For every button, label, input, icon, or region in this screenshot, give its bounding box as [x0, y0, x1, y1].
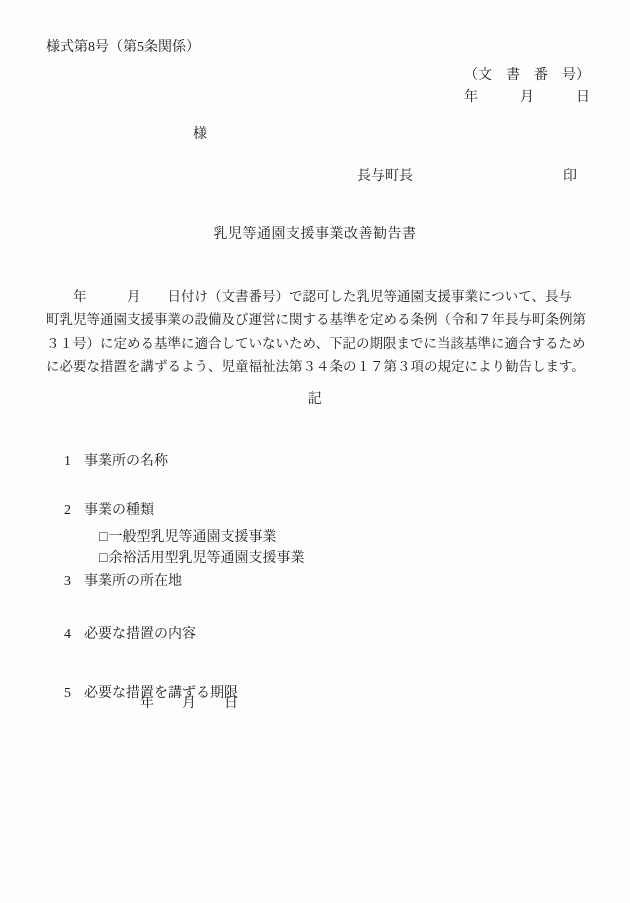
- document-page: 様式第8号（第5条関係） （文 書 番 号） 年 月 日 様 長与町長 印 乳児…: [0, 0, 630, 903]
- list-item-required-measures: 4必要な措置の内容: [50, 605, 196, 665]
- item-number: 2: [64, 501, 84, 521]
- deadline-date-line: 年 月 日: [140, 694, 238, 714]
- document-number-placeholder: （文 書 番 号）: [464, 66, 590, 86]
- item-label: 必要な措置の内容: [84, 627, 196, 642]
- item-number: 3: [64, 572, 84, 592]
- seal-mark: 印: [563, 167, 577, 187]
- record-marker: 記: [0, 390, 630, 410]
- item-label: 事業所の名称: [84, 454, 168, 469]
- document-title: 乳児等通園支援事業改善勧告書: [0, 225, 630, 245]
- item-label: 事業所の所在地: [84, 574, 182, 589]
- item-number: 5: [64, 684, 84, 704]
- item-number: 1: [64, 452, 84, 472]
- body-paragraph-line: 町乳児等通園支援事業の設備及び運営に関する基準を定める条例（令和７年長与町条例第: [46, 310, 586, 330]
- body-paragraph-line: に必要な措置を講ずるよう、児童福祉法第３４条の１７第３項の規定により勧告します。: [46, 357, 585, 377]
- body-paragraph-line: 年 月 日付け（文書番号）で認可した乳児等通園支援事業について、長与: [46, 287, 572, 307]
- form-number-label: 様式第8号（第5条関係）: [46, 38, 200, 58]
- item-number: 4: [64, 625, 84, 645]
- body-paragraph-line: ３１号）に定める基準に適合していないため、下記の期限までに当該基準に適合するため: [46, 334, 585, 354]
- list-item-business-address: 3事業所の所在地: [50, 552, 182, 612]
- sender-name: 長与町長: [357, 167, 413, 187]
- issue-date-line: 年 月 日: [464, 88, 590, 108]
- recipient-honorific: 様: [193, 125, 207, 145]
